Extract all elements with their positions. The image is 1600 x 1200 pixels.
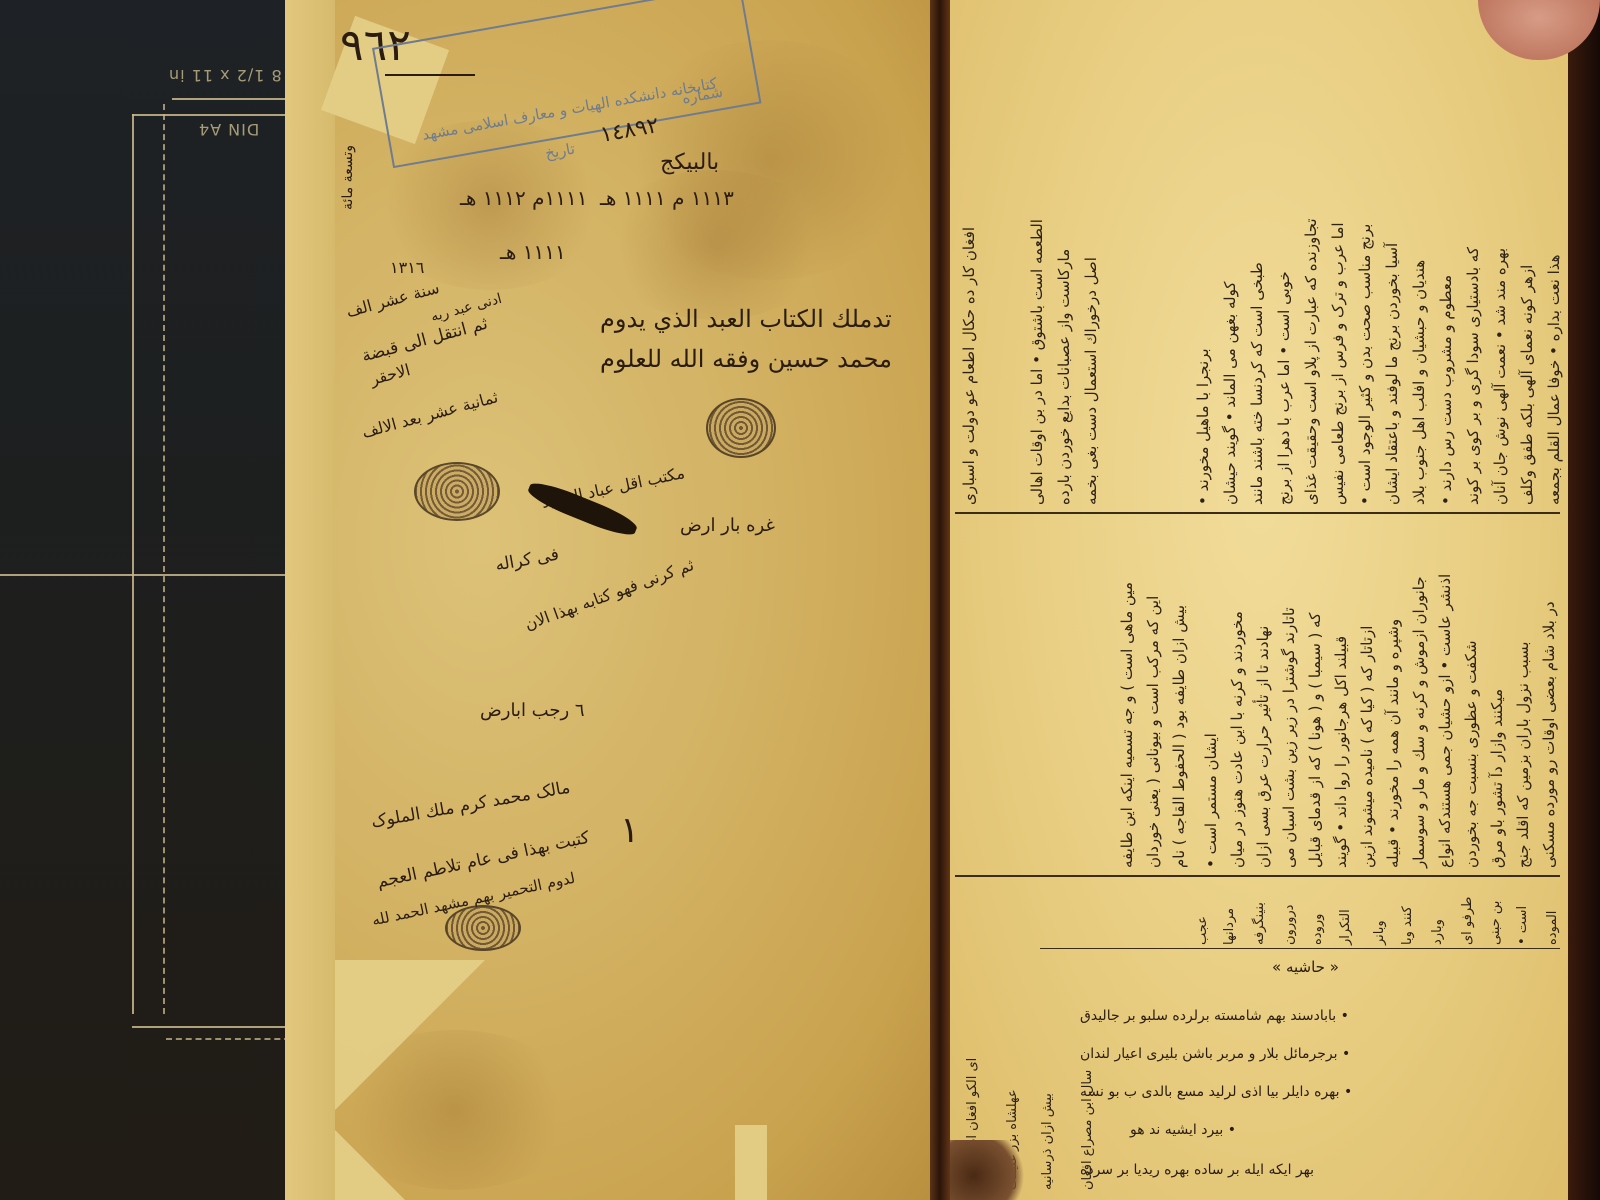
text-fragment: مردانها xyxy=(1222,908,1237,945)
text-line: برنج مناسب صحت بدن و کثیر الوجود است • xyxy=(1356,224,1374,505)
text-line: بهره مند شد • نعمت آلهی نوش جان آنان xyxy=(1491,248,1509,505)
text-line: قبیلند اکل هرجانور را روا داند • گویند xyxy=(1332,636,1350,868)
mat-guide-line xyxy=(172,98,300,100)
text-line: اما عرب و ترک و فرس از برنج طعامی نفیس xyxy=(1329,222,1347,505)
text-line: در بلاد شام بعضی اوقات رو مورده مسکنی xyxy=(1540,601,1558,868)
margin-line: سال ابن مصراع افغان xyxy=(1080,1070,1095,1190)
text-line: وشپره و مانند آن همه را مخورند • قبیله xyxy=(1384,619,1402,868)
text-line: افغان کار ده حکال اطعام عو دولت و اسباری xyxy=(960,227,978,505)
footnote-heading: « حاشیه » xyxy=(1272,958,1339,976)
page-mark: ۱ xyxy=(620,810,639,851)
book-spine xyxy=(930,0,952,1200)
text-line: آسیا بخوردن برنج ما لوفند و باعتقاد ایشا… xyxy=(1383,243,1401,505)
text-fragment: التکرار xyxy=(1338,909,1353,945)
text-line: جانوران ازموش و کرنه و سك و مار و سوسمار xyxy=(1410,576,1428,868)
date-note-lower: ٦ رجب ابارض xyxy=(480,700,585,721)
text-line: الطعمه است باشتوق • اما در بن اوقات اهال… xyxy=(1028,219,1046,505)
text-line: طبخی است که کردنسا خته باشند مانند xyxy=(1248,262,1266,505)
text-line: معطوم و مشروب دست رس دارند • xyxy=(1437,275,1455,505)
footnote-line: • بابادسند بهم شامسته برلرده سلبو بر جال… xyxy=(1080,1008,1349,1024)
footnote-line: • بیرد ایشیه ند هو xyxy=(1130,1122,1236,1138)
text-line: مخوردند و کرنه با این عادت هنوز در میان xyxy=(1228,611,1246,868)
text-fragment: است • xyxy=(1515,906,1530,945)
text-line: ازتاتار که ( کیا که ) نامیده میشوند ازین xyxy=(1358,626,1376,868)
mat-guide-line xyxy=(132,114,134,1014)
ownership-note-line1: تدملك الكتاب العبد الذي يدوم xyxy=(600,305,892,333)
text-line: این که مرکب است و بیونانی ( یعنی خوردان xyxy=(1144,596,1162,868)
text-line: بیش ازان طایفه بود ( الحفوط القاجه ) نام xyxy=(1170,605,1188,868)
mat-guide-line xyxy=(132,114,300,116)
text-line: مارکاست واز عصبانات بدایع خوردن بارده xyxy=(1055,249,1073,505)
text-line: مین ماهی است ) و جه تسمیه اینکه این طایف… xyxy=(1118,582,1136,868)
paper-repair-patch xyxy=(735,1125,767,1200)
text-line: که ( سیمبا ) و ( هونا ) که از قدمای قبای… xyxy=(1306,613,1324,868)
damaged-corner xyxy=(950,1140,1030,1200)
text-line: اصل درخوراك استعمال دست بغی بخمه xyxy=(1082,257,1100,505)
mat-guide-line xyxy=(132,1026,300,1028)
text-line: کوله بغهن می الماند • گویند حیشان xyxy=(1221,282,1239,506)
text-line: هندیان و حبشیان و افلب اهل جنوب بلاد xyxy=(1410,260,1428,505)
text-line: نهادند تا از تأثیر حرارت عرق بسی ازان xyxy=(1254,626,1272,868)
mat-dashed-line xyxy=(163,104,165,1014)
margin-note-line: وتسعة مائة xyxy=(340,145,356,210)
mat-label-us: 8 1/2 x 11 in xyxy=(168,66,282,85)
text-line: شکفت و عظوری بنسبت جه بخوردن xyxy=(1462,641,1480,868)
date-note: ١١١١ هـ xyxy=(500,240,566,264)
text-line: اذنشر عاست • ازو حشیان جمی هستندکه انواع xyxy=(1436,574,1454,868)
text-line: تجاوزنده که عبارت از پلاو است وحقیقت غذا… xyxy=(1302,218,1320,505)
margin-line: بیش ازان ذرسانیه xyxy=(1040,1093,1055,1190)
margin-note-number: ١٣١٦ xyxy=(390,258,424,277)
date-note-right: غره بار ارض xyxy=(680,515,775,536)
date-note: ١١١٣ م ١١١١ هـ xyxy=(600,186,734,210)
text-fragment: عجب xyxy=(1195,916,1210,945)
text-fragment: طرفو ای xyxy=(1460,897,1475,945)
text-line: برنجرا با ماهیل مخورند • xyxy=(1194,348,1212,505)
text-line: میکنند وازار دآ تشور باو مرق xyxy=(1488,689,1506,868)
footnote-line: • بهره دایلر بیا اذی لرلید مسع بالدی ب ب… xyxy=(1080,1084,1352,1100)
mat-dashed-line xyxy=(166,1038,300,1040)
text-fragment: الموده xyxy=(1545,911,1560,945)
text-line: تاتارند گوشترا در زیر زین بشت اسبان می xyxy=(1280,607,1298,868)
text-line: ازهر کونه نعمای آلهی بلکه طفق وکلف xyxy=(1518,265,1536,505)
top-note: بالبیکج xyxy=(660,150,719,175)
owner-seal xyxy=(706,398,776,458)
section-rule-lower xyxy=(955,875,1560,877)
section-rule-upper xyxy=(955,512,1560,514)
text-fragment: وروده xyxy=(1310,914,1325,945)
footnote-line: • برجرمائل بلار و مربر باشن بلیری اعیار … xyxy=(1080,1046,1350,1062)
text-fragment: وبانر xyxy=(1372,920,1387,945)
book-cover-edge xyxy=(1568,0,1600,1200)
ownership-note-line2: محمد حسین وفقه الله للعلوم xyxy=(600,345,892,373)
text-fragment: کنند وبا xyxy=(1400,906,1415,945)
mat-guide-line xyxy=(0,574,300,576)
background-mat: 8 1/2 x 11 in DIN A4 xyxy=(0,0,300,1200)
date-note: ١١١١م ١١١٢ هـ xyxy=(460,186,587,210)
text-line: خوبی است • اما عرب با دهرا از برنج xyxy=(1275,271,1293,505)
text-fragment: وبارد xyxy=(1430,919,1445,945)
text-fragment: بنینگرفه xyxy=(1252,902,1267,945)
text-fragment: درورون xyxy=(1282,905,1297,945)
text-fragment: بن حبنی xyxy=(1488,901,1503,945)
ornamental-seal xyxy=(414,462,500,521)
lower-seal xyxy=(445,905,521,951)
footnote-rule xyxy=(1040,948,1560,949)
footnote-line: بهر ایکه ایله بر ساده بهره ریدیا بر سرده xyxy=(1080,1162,1314,1178)
text-line: بسبب نزول باران بزمین که اقلد جنج xyxy=(1514,642,1532,868)
left-page-flap xyxy=(285,0,335,1200)
text-line: ایشان مستمر است • xyxy=(1202,733,1220,868)
text-line: هذا نعت بداره • خوفا عمال القلم بجمعه xyxy=(1545,254,1563,505)
mat-label-din: DIN A4 xyxy=(198,120,259,139)
text-line: که بادستیاری سودا گری و بر کوی بر کوند xyxy=(1464,247,1482,505)
